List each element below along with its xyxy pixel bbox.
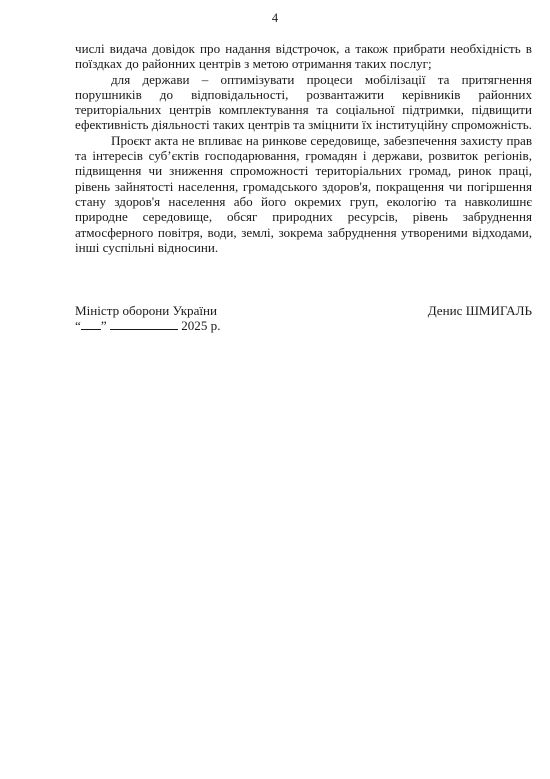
page-number: 4: [0, 11, 550, 26]
date-close-quote: ”: [101, 318, 107, 333]
day-blank-line: [81, 318, 101, 330]
paragraph-2: для держави – оптимізувати процеси мобіл…: [75, 72, 532, 133]
signatory-name: Денис ШМИГАЛЬ: [428, 303, 532, 318]
paragraph-1: числі видача довідок про надання відстро…: [75, 41, 532, 72]
document-body: числі видача довідок про надання відстро…: [75, 41, 532, 255]
month-blank-line: [110, 318, 178, 330]
signature-block: Міністр оборони України Денис ШМИГАЛЬ “”…: [75, 303, 532, 334]
date-year: 2025 р.: [181, 318, 220, 333]
signature-date: “” 2025 р.: [75, 318, 532, 333]
signatory-position: Міністр оборони України: [75, 303, 217, 318]
paragraph-3: Проєкт акта не впливає на ринкове середо…: [75, 133, 532, 255]
